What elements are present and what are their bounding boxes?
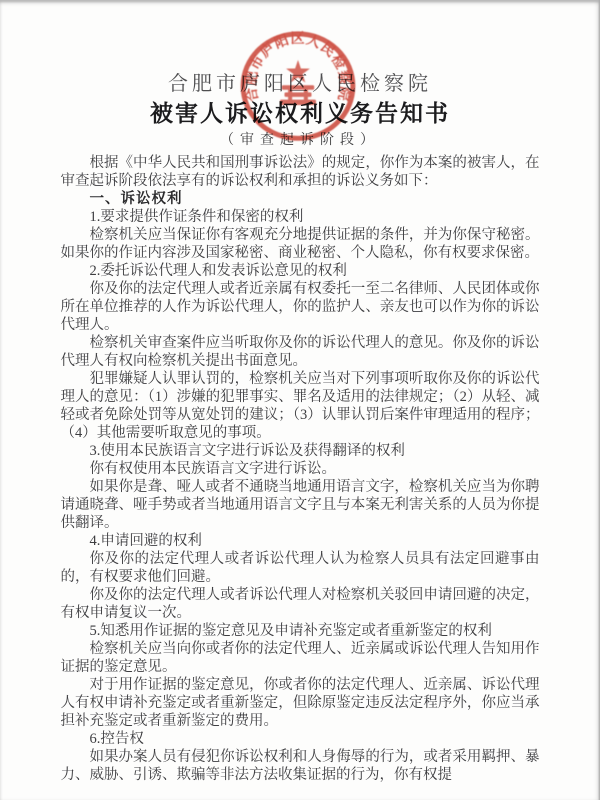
document-subtitle: （审查起诉阶段） (0, 131, 600, 151)
paragraph: 6.控告权 (61, 730, 540, 748)
section-heading: 一、诉讼权利 (61, 190, 540, 208)
paragraph: 你有权使用本民族语言文字进行诉讼。 (61, 460, 540, 478)
paragraph: 你及你的法定代理人或者近亲属有权委托一至二名律师、人民团体或你所在单位推荐的人作… (61, 280, 540, 334)
paragraph: 检察机关应当保证你有客观充分地提供证据的条件，并为你保守秘密。如果你的作证内容涉… (61, 226, 540, 262)
paragraph: 检察机关应当向你或者你的法定代理人、近亲属或诉讼代理人告知用作证据的鉴定意见。 (61, 640, 540, 676)
paragraph: 4.申请回避的权利 (61, 532, 540, 550)
scanned-document-page: 合肥市庐阳区人民检察院 被害人诉讼权利义务告知书 （审查起诉阶段） 根据《中华人… (0, 0, 600, 800)
document-body: 根据《中华人民共和国刑事诉讼法》的规定，你作为本案的被害人，在审查起诉阶段依法享… (61, 154, 540, 784)
paragraph: 2.委托诉讼代理人和发表诉讼意见的权利 (61, 262, 540, 280)
paragraph: 如果你是聋、哑人或者不通晓当地通用语言文字，检察机关应当为你聘请通晓聋、哑手势或… (61, 478, 540, 532)
paragraph: 根据《中华人民共和国刑事诉讼法》的规定，你作为本案的被害人，在审查起诉阶段依法享… (61, 154, 540, 190)
paragraph: 你及你的法定代理人或者诉讼代理人对检察机关驳回申请回避的决定，有权申请复议一次。 (61, 586, 540, 622)
paragraph: 犯罪嫌疑人认罪认罚的，检察机关应当对下列事项听取你及你的诉讼代理人的意见：（1）… (61, 370, 540, 442)
page-title: 被害人诉讼权利义务告知书 (0, 97, 600, 129)
paragraph: 如果办案人员有侵犯你诉讼权利和人身侮辱的行为，或者采用羁押、暴力、威胁、引诱、欺… (61, 748, 540, 784)
document-header: 合肥市庐阳区人民检察院 被害人诉讼权利义务告知书 （审查起诉阶段） (0, 0, 600, 151)
paragraph: 3.使用本民族语言文字进行诉讼及获得翻译的权利 (61, 442, 540, 460)
paragraph: 对于用作证据的鉴定意见，你或者你的法定代理人、近亲属、诉讼代理人有权申请补充鉴定… (61, 676, 540, 730)
paragraph: 你及你的法定代理人或者诉讼代理人认为检察人员具有法定回避事由的，有权要求他们回避… (61, 550, 540, 586)
org-name: 合肥市庐阳区人民检察院 (0, 71, 600, 97)
paragraph: 1.要求提供作证条件和保密的权利 (61, 208, 540, 226)
paragraph: 5.知悉用作证据的鉴定意见及申请补充鉴定或者重新鉴定的权利 (61, 622, 540, 640)
paragraph: 检察机关审查案件应当听取你及你的诉讼代理人的意见。你及你的诉讼代理人有权向检察机… (61, 334, 540, 370)
